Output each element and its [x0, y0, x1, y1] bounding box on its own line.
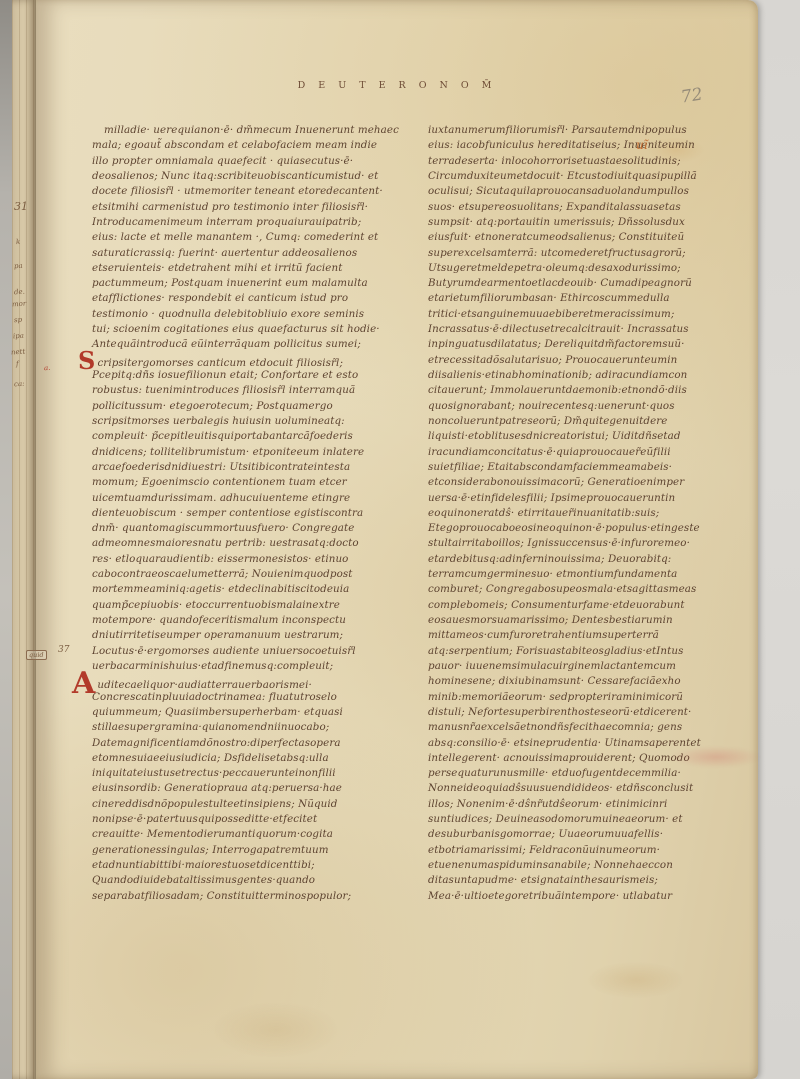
text-line: deosalienos; Nunc itaq:scribiteuobiscant… — [92, 169, 422, 184]
text-line: eiusinsordib: Generatiopraua atq:peruers… — [92, 781, 422, 796]
text-column-right: iuxtanumerumfiliorumisr̃l· Parsautemdnip… — [428, 123, 728, 904]
text-line: Locutus·ē·ergomorses audiente uniuersoco… — [92, 644, 422, 659]
text-line: eoquinoneratdŝ· etirritauer̃inuanitatib:… — [428, 506, 728, 521]
text-line: etbotriamarissimi; Feldraconũuinumeorum· — [428, 843, 728, 858]
text-line: motempore· quandofeceritismalum inconspe… — [92, 613, 422, 628]
text-line: Utsugeretmeldepetra·oleumq:desaxodurissi… — [428, 261, 728, 276]
text-line: distuli; Nefortesuperbirenthosteseorũ·et… — [428, 705, 728, 720]
text-line: tritici·etsanguinemuuaebiberetmeracissim… — [428, 307, 728, 322]
text-line: Etegoprouocaboeosineoquinon·ē·populus·et… — [428, 521, 728, 536]
text-line: quiummeum; Quasiimbersuperherbam· etquas… — [92, 705, 422, 720]
text-line: Quandodiuidebataltissimusgentes·quando — [92, 873, 422, 888]
text-line: Circumduxiteumetdocuit· Etcustodiuitquas… — [428, 169, 728, 184]
text-line: sumpsit· atq:portauitin umerissuis; Dñss… — [428, 215, 728, 230]
edge-text-fragment: ca: — [14, 380, 25, 389]
edge-text-fragment: ipa — [13, 332, 24, 341]
text-line: eiusfuit· etnoneratcumeodsalienus; Const… — [428, 230, 728, 245]
text-line: etafflictiones· respondebit ei canticum … — [92, 291, 422, 306]
text-column-left: milladie· uerequianon·ē· dm̃mecum Inuene… — [92, 123, 422, 904]
text-line: iniquitateiustusetrectus·peccauerunteino… — [92, 766, 422, 781]
text-line: inpinguatusdilatatus; Dereliquitdm̃facto… — [428, 337, 728, 352]
text-line: tui; scioenim cogitationes eius quaefact… — [92, 322, 422, 337]
text-line: suietfiliae; Etaitabscondamfaciemmeamabe… — [428, 460, 728, 475]
text-line: etseruienteis· etdetrahent mihi et irrit… — [92, 261, 422, 276]
text-line: complebomeis; Consumenturfame·etdeuorabu… — [428, 598, 728, 613]
text-line: illo propter omniamala quaefecit · quias… — [92, 154, 422, 169]
edge-text-fragment: k — [16, 238, 21, 246]
text-line: Nonneideoquiadŝsuusuendidideos· etdñscon… — [428, 781, 728, 796]
text-line: terradeserta· inlocohorrorisetuastaesoli… — [428, 154, 728, 169]
edge-text-fragment: nett — [11, 348, 26, 357]
running-title: D E U T E R O N O M̄ — [36, 80, 758, 91]
text-line: cinereddisdnõpopulestulteetinsipiens; Nũ… — [92, 797, 422, 812]
text-line: Mea·ē·ultioetegoretribuãintempore· utlab… — [428, 889, 728, 904]
text-line: momum; Egoenimscio contentionem tuam etc… — [92, 475, 422, 490]
gutter-red-mark: a. — [44, 364, 51, 372]
text-line: mala; egoaut̃ abscondam et celabofaciem … — [92, 138, 422, 153]
text-line: ditasuntapudme· etsignatainthesaurismeis… — [428, 873, 728, 888]
scan-edge-left — [0, 0, 12, 1079]
text-line: comburet; Congregabosupeosmala·etsagitta… — [428, 582, 728, 597]
text-line: pauor· iuuenemsimulacuirginemlactantemcu… — [428, 659, 728, 674]
text-line: cabocontraeoscaelumetterrã; Nouienimquod… — [92, 567, 422, 582]
text-line: oculisui; Sicutaquilaprouocansaduolandum… — [428, 184, 728, 199]
text-line: etarietumfiliorumbasan· Ethircoscummedul… — [428, 291, 728, 306]
text-line: dnm̃· quantomagiscummortuusfuero· Congre… — [92, 521, 422, 536]
gutter-quire-number: 31 — [14, 200, 28, 213]
text-line: uersa·ē·etinfidelesfilii; Ipsimeprouocau… — [428, 491, 728, 506]
text-line: Butyrumdearmentoetlacdeouib· Cumadipeagn… — [428, 276, 728, 291]
text-line: dniutirritetiseumper operamanuum uestrar… — [92, 628, 422, 643]
edge-text-fragment: f — [16, 360, 19, 368]
text-line: compleuit· p̃cepitleuitisquiportabantarc… — [92, 429, 422, 444]
text-line: etomnesuiaeeiusiudicia; Dsfidelisetabsq:… — [92, 751, 422, 766]
previous-folio-edge — [12, 0, 38, 1079]
text-line: liquisti·etoblitusesdnicreatoristui; Uid… — [428, 429, 728, 444]
text-line: Auditecaeliquor·audiatterrauerbaorismei· — [92, 674, 422, 689]
text-line: admeomnesmaioresnatu pertrib: uestrasatq… — [92, 536, 422, 551]
text-line: minib:memoriãeorum· sedpropteriraminimic… — [428, 690, 728, 705]
text-line: illos; Nonenim·ē·dŝnr̃utdŝeorum· etinimi… — [428, 797, 728, 812]
text-line: intellegerent· acnouissimaprouiderent; Q… — [428, 751, 728, 766]
text-line: eius: lacte et melle manantem ·, Cumq: c… — [92, 230, 422, 245]
text-line: superexcelsamterrã: utcomederetfructusag… — [428, 246, 728, 261]
text-line: pollicitussum· etegoerotecum; Postquamer… — [92, 399, 422, 414]
right-margin-nota-mark: uĩ — [636, 138, 648, 152]
text-line: Incrassatus·ē·dilectusetrecalcitrauit· I… — [428, 322, 728, 337]
text-line: etsitmihi carmenistud pro testimonio int… — [92, 200, 422, 215]
text-line: res· etloquaraudientib: eissermonesistos… — [92, 552, 422, 567]
text-line: iracundiamconcitatus·ē·quiaprouocauer̃eũ… — [428, 445, 728, 460]
text-line: Datemagnificentiamdõnostro:diperfectasop… — [92, 736, 422, 751]
text-line: Antequãintroducã eũinterrãquam pollicitu… — [92, 337, 422, 352]
text-line: separabatfiliosadam; Constituitterminosp… — [92, 889, 422, 904]
text-line: eius: iacobfuniculus hereditatiseius; In… — [428, 138, 728, 153]
text-line: manusnr̃aexcelsãetnondñsfecithaecomnia; … — [428, 720, 728, 735]
text-line: creauitte· Mementodierumantiquorum·cogit… — [92, 827, 422, 842]
text-line: uerbacarminishuius·etadfinemusq:compleui… — [92, 659, 422, 674]
text-line: hominesene; dixiubinamsunt· Cessarefaciã… — [428, 674, 728, 689]
text-line: terramcumgerminesuo· etmontiumfundamenta — [428, 567, 728, 582]
marginal-boxed-note: quid — [26, 650, 47, 660]
text-line: etuenenumaspiduminsanabile; Nonnehaeccon — [428, 858, 728, 873]
text-line: quosignorabant; nouirecentesq:uenerunt·q… — [428, 399, 728, 414]
text-line: milladie· uerequianon·ē· dm̃mecum Inuene… — [92, 123, 422, 138]
text-line: dnidicens; tollitelibrumistum· etponitee… — [92, 445, 422, 460]
text-line: eosauesmorsuamarissimo; Dentesbestiarumi… — [428, 613, 728, 628]
text-line: etadnuntiabittibi·maiorestuosetdicenttib… — [92, 858, 422, 873]
text-line: absq:consilio·ē· etsineprudentia· Utinam… — [428, 736, 728, 751]
text-line: docete filiosisr̃l · utmemoriter teneant… — [92, 184, 422, 199]
text-line: testimonio · quodnulla delebitobliuio ex… — [92, 307, 422, 322]
manuscript-page: D E U T E R O N O M̄ 72 milladie· uerequ… — [36, 0, 758, 1079]
text-line: stillaesupergramina·quianomendniinuocabo… — [92, 720, 422, 735]
text-line: nonipse·ē·patertuusquiposseditte·etfecit… — [92, 812, 422, 827]
text-line: Concrescatinpluuiadoctrinamea: fluatutro… — [92, 690, 422, 705]
text-line: generationessingulas; Interrogapatremtuu… — [92, 843, 422, 858]
text-line: robustus: tuenimintroduces filiosisr̃l i… — [92, 383, 422, 398]
text-line: persequaturunusmille· etduofugentdecemmi… — [428, 766, 728, 781]
text-line: dienteuobiscum · semper contentiose egis… — [92, 506, 422, 521]
text-line: arcaefoederisdnidiuestri: Utsitibicontra… — [92, 460, 422, 475]
text-line: pactummeum; Postquam inuenerint eum mala… — [92, 276, 422, 291]
text-line: uicemtuamdurissimam. adhucuiuenteme etin… — [92, 491, 422, 506]
edge-text-fragment: sp — [14, 316, 23, 325]
text-line: noncolueruntpatreseorũ; Dm̃quitegenuitde… — [428, 414, 728, 429]
folio-number: 72 — [680, 84, 705, 107]
edge-text-fragment: pa — [14, 262, 23, 271]
text-line: etardebitusq:adinferninouissima; Deuorab… — [428, 552, 728, 567]
edge-text-fragment: mor — [12, 300, 27, 309]
text-line: quamp̃cepiuobis· etoccurrentuobismalaine… — [92, 598, 422, 613]
text-line: Introducamenimeum interram proquaiurauip… — [92, 215, 422, 230]
text-line: iuxtanumerumfiliorumisr̃l· Parsautemdnip… — [428, 123, 728, 138]
text-line: suos· etsupereosuolitans; Expanditalassu… — [428, 200, 728, 215]
text-line: Scripsitergomorses canticum etdocuit fil… — [92, 353, 422, 368]
edge-text-fragment: de. — [14, 288, 25, 297]
rubric-initial: A — [72, 679, 95, 689]
text-line: mortemmeaminiq:agetis· etdeclinabitiscit… — [92, 582, 422, 597]
text-line: mittameos·cumfuroretrahentiumsuperterrã — [428, 628, 728, 643]
text-line: etconsiderabonouissimacorũ; Generatioeni… — [428, 475, 728, 490]
text-line: desuburbanisgomorrae; Uuaeorumuuafellis· — [428, 827, 728, 842]
text-line: stultairritaboillos; Ignissuccensus·ē·in… — [428, 536, 728, 551]
text-line: etrecessitadõsalutarisuo; Prouocauerunte… — [428, 353, 728, 368]
marginal-note-number: 37 — [58, 645, 69, 655]
text-line: diisalienis·etinabhominationib; adiracun… — [428, 368, 728, 383]
text-line: saturaticrassiq: fuerint· auertentur add… — [92, 246, 422, 261]
text-line: atq:serpentium; Forisuastabiteosgladius·… — [428, 644, 728, 659]
text-line: scripsitmorses uerbalegis huiusin uolumi… — [92, 414, 422, 429]
text-line: citauerunt; Immolaueruntdaemonib:etnondõ… — [428, 383, 728, 398]
text-line: Pcepitq:dñs iosuefilionun etait; Confort… — [92, 368, 422, 383]
rubric-initial: S — [78, 356, 95, 366]
text-line: suntiudices; Deuineasodomorumuineaeorum·… — [428, 812, 728, 827]
